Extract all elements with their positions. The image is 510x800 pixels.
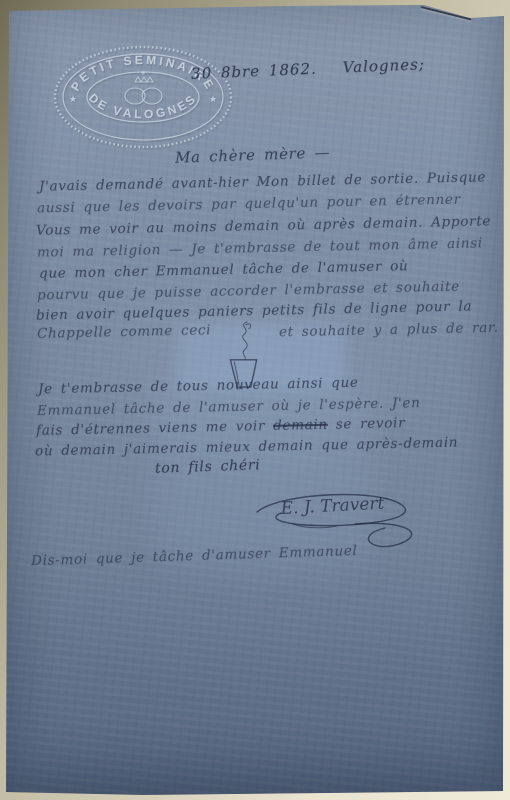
line-segment: se revoir [328, 415, 406, 433]
body-line: Vous me voir au moins demain où après de… [36, 213, 491, 239]
seal-star-right: ★ [209, 95, 217, 105]
body-line: et souhaite y a plus de rar. [279, 320, 499, 341]
letter-paper: PETIT SEMINAIRE DE VALOGNES ★ ★ 30 8bre … [3, 2, 506, 797]
fold-crease [421, 6, 472, 21]
body-line: J'avais demandé avant-hier Mon billet de… [39, 169, 486, 194]
place-text: Valognes; [342, 55, 425, 76]
body-line: aussi que les devoirs par quelqu'un pour… [37, 192, 461, 217]
body-line: moi ma religion — Je t'embrasse de tout … [37, 235, 483, 260]
seal-bottom-text: DE VALOGNES [86, 91, 200, 122]
photograph-of-letter: { "stamp": { "top_text": "PETIT SEMINAIR… [0, 0, 510, 800]
struck-word: demain [273, 417, 328, 434]
date-text: 30 8bre 1862. [191, 60, 317, 83]
signature-name: E. J. Travert [279, 494, 385, 519]
embossed-seal: PETIT SEMINAIRE DE VALOGNES ★ ★ [51, 42, 235, 152]
signature-loop [355, 523, 412, 546]
seal-emblem-icon [125, 71, 162, 104]
seal-star-left: ★ [69, 95, 77, 105]
body-line: que mon cher Emmanuel tâche de l'amuser … [39, 258, 409, 282]
